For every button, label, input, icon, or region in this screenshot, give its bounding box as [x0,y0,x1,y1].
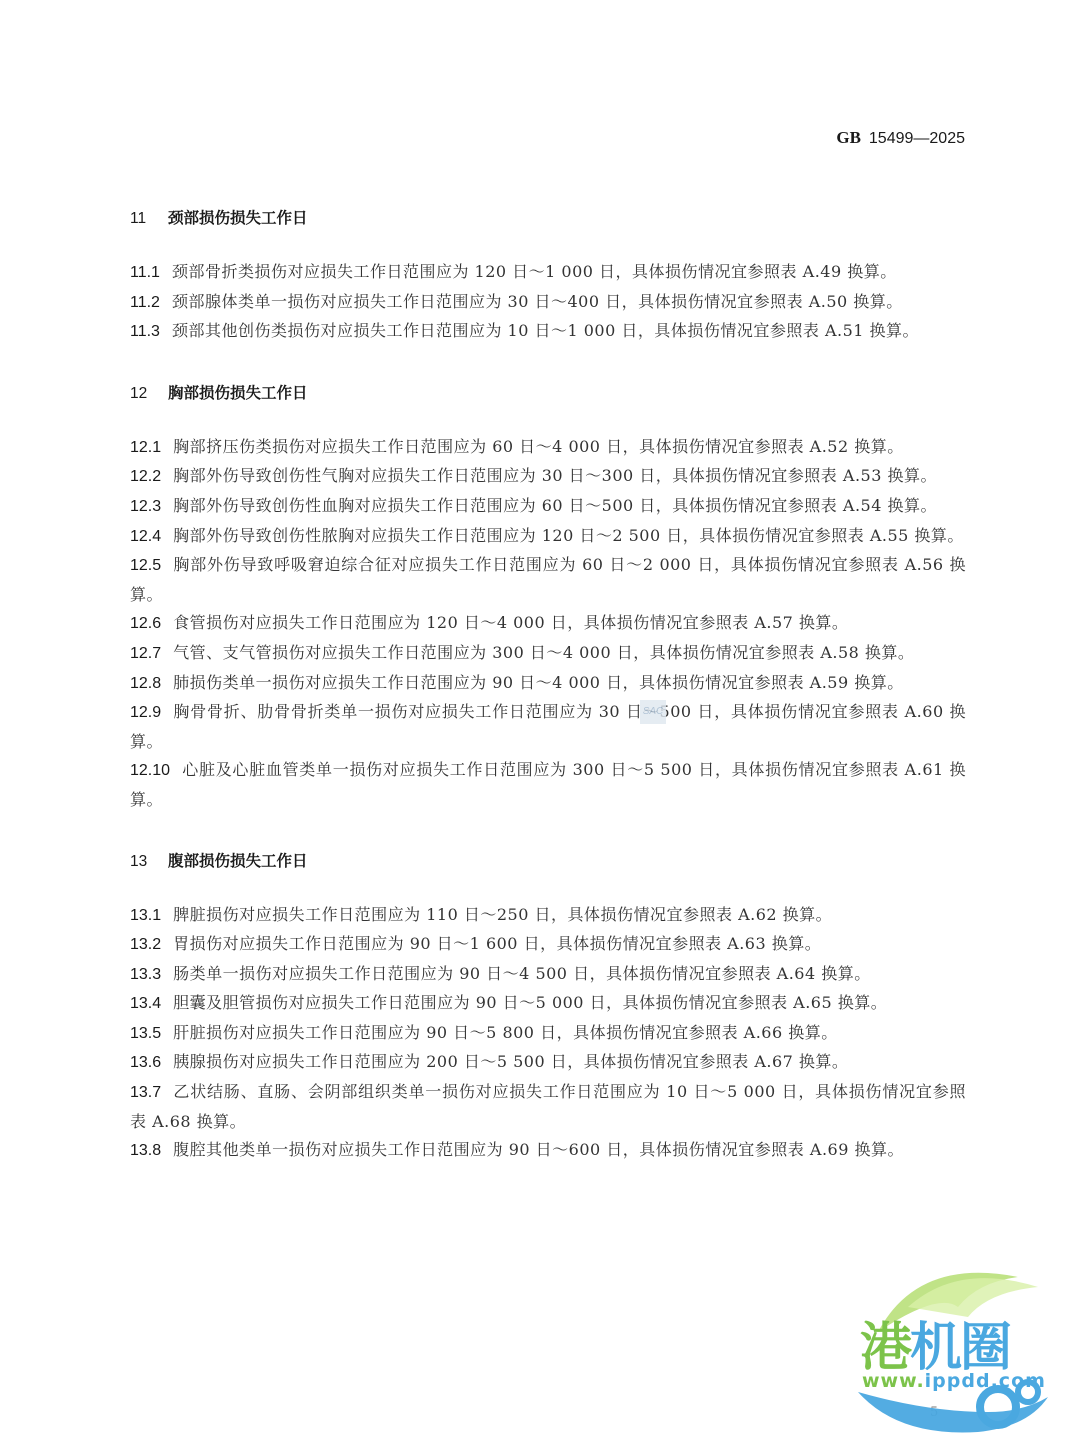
clause-number: 12.3 [130,493,161,522]
clause: 13.7乙状结肠、直肠、会阴部组织类单一损伤对应损失工作日范围应为 10 日～5… [130,1078,966,1136]
clause: 12.8肺损伤类单一损伤对应损失工作日范围应为 90 日～4 000 日，具体损… [130,669,966,699]
clause-number: 13.6 [130,1049,161,1078]
section-number: 12 [130,376,168,412]
clause-text: 胆囊及胆管损伤对应损失工作日范围应为 90 日～5 000 日，具体损伤情况宜参… [173,993,887,1012]
clause-text: 腹腔其他类单一损伤对应损失工作日范围应为 90 日～600 日，具体损伤情况宜参… [173,1140,904,1159]
section-title: 胸部损伤损失工作日 [168,384,308,402]
standard-code: GB15499—2025 [836,128,965,148]
clause: 12.1胸部挤压伤类损伤对应损失工作日范围应为 60 日～4 000 日，具体损… [130,433,966,463]
clause-text: 胸部挤压伤类损伤对应损失工作日范围应为 60 日～4 000 日，具体损伤情况宜… [173,437,904,456]
clause-text: 肺损伤类单一损伤对应损失工作日范围应为 90 日～4 000 日，具体损伤情况宜… [173,673,904,692]
clause-number: 13.5 [130,1020,161,1049]
clause-text: 胸部外伤导致创伤性血胸对应损失工作日范围应为 60 日～500 日，具体损伤情况… [173,496,937,515]
clause-text: 胰腺损伤对应损失工作日范围应为 200 日～5 500 日，具体损伤情况宜参照表… [173,1052,848,1071]
section-12: 12胸部损伤损失工作日 12.1胸部挤压伤类损伤对应损失工作日范围应为 60 日… [130,375,966,815]
clause-number: 13.4 [130,990,161,1019]
clause-text: 胃损伤对应损失工作日范围应为 90 日～1 600 日，具体损伤情况宜参照表 A… [173,934,821,953]
clause: 12.6食管损伤对应损失工作日范围应为 120 日～4 000 日，具体损伤情况… [130,609,966,639]
section-11: 11颈部损伤损失工作日 11.1颈部骨折类损伤对应损失工作日范围应为 120 日… [130,200,966,347]
clause-number: 12.8 [130,670,161,699]
clause-number: 11.3 [130,318,160,347]
clause: 13.4胆囊及胆管损伤对应损失工作日范围应为 90 日～5 000 日，具体损伤… [130,989,966,1019]
section-number: 11 [130,201,168,237]
clause-number: 13.1 [130,902,161,931]
clause: 13.1脾脏损伤对应损失工作日范围应为 110 日～250 日，具体损伤情况宜参… [130,901,966,931]
clause-text: 气管、支气管损伤对应损失工作日范围应为 300 日～4 000 日，具体损伤情况… [173,643,914,662]
clause-number: 13.8 [130,1137,161,1166]
clause-number: 13.7 [130,1079,161,1108]
clause-text: 胸部外伤导致呼吸窘迫综合征对应损失工作日范围应为 60 日～2 000 日，具体… [130,555,966,604]
clause: 12.2胸部外伤导致创伤性气胸对应损失工作日范围应为 30 日～300 日，具体… [130,462,966,492]
clause: 12.7气管、支气管损伤对应损失工作日范围应为 300 日～4 000 日，具体… [130,639,966,669]
clause-number: 11.1 [130,259,160,288]
clause-number: 12.6 [130,610,161,639]
clause: 12.3胸部外伤导致创伤性血胸对应损失工作日范围应为 60 日～500 日，具体… [130,492,966,522]
clause-text: 胸部外伤导致创伤性脓胸对应损失工作日范围应为 120 日～2 500 日，具体损… [173,526,964,545]
clause: 12.9胸骨骨折、肋骨骨折类单一损伤对应损失工作日范围应为 30 日～500 日… [130,698,966,756]
standard-number: 15499—2025 [869,130,965,147]
clause: 13.8腹腔其他类单一损伤对应损失工作日范围应为 90 日～600 日，具体损伤… [130,1136,966,1166]
logo-url: www.ippdd.com [862,1370,1046,1392]
clause: 12.5胸部外伤导致呼吸窘迫综合征对应损失工作日范围应为 60 日～2 000 … [130,551,966,609]
clause-number: 12.4 [130,523,161,552]
section-13: 13腹部损伤损失工作日 13.1脾脏损伤对应损失工作日范围应为 110 日～25… [130,843,966,1166]
clause-text: 胸骨骨折、肋骨骨折类单一损伤对应损失工作日范围应为 30 日～500 日，具体损… [130,702,966,751]
standard-prefix: GB [836,128,861,147]
clause: 12.10心脏及心脏血管类单一损伤对应损失工作日范围应为 300 日～5 500… [130,756,966,814]
clause-text: 胸部外伤导致创伤性气胸对应损失工作日范围应为 30 日～300 日，具体损伤情况… [173,466,937,485]
clause-text: 乙状结肠、直肠、会阴部组织类单一损伤对应损失工作日范围应为 10 日～5 000… [130,1082,966,1131]
section-heading: 11颈部损伤损失工作日 [130,200,966,236]
section-title: 腹部损伤损失工作日 [168,852,308,870]
clause-number: 12.9 [130,699,161,728]
clause-number: 13.3 [130,961,161,990]
clause-text: 颈部腺体类单一损伤对应损失工作日范围应为 30 日～400 日，具体损伤情况宜参… [172,292,903,311]
clause: 11.1颈部骨折类损伤对应损失工作日范围应为 120 日～1 000 日，具体损… [130,258,966,288]
clause-text: 脾脏损伤对应损失工作日范围应为 110 日～250 日，具体损伤情况宜参照表 A… [173,905,832,924]
section-title: 颈部损伤损失工作日 [168,209,308,227]
clause: 11.3颈部其他创伤类损伤对应损失工作日范围应为 10 日～1 000 日，具体… [130,317,966,347]
clause: 13.5肝脏损伤对应损失工作日范围应为 90 日～5 800 日，具体损伤情况宜… [130,1019,966,1049]
clause-text: 颈部骨折类损伤对应损失工作日范围应为 120 日～1 000 日，具体损伤情况宜… [172,262,897,281]
section-heading: 13腹部损伤损失工作日 [130,843,966,879]
clause-number: 12.1 [130,434,161,463]
clause: 12.4胸部外伤导致创伤性脓胸对应损失工作日范围应为 120 日～2 500 日… [130,522,966,552]
clause: 11.2颈部腺体类单一损伤对应损失工作日范围应为 30 日～400 日，具体损伤… [130,288,966,318]
clause-number: 12.10 [130,757,170,786]
clause: 13.3肠类单一损伤对应损失工作日范围应为 90 日～4 500 日，具体损伤情… [130,960,966,990]
clause: 13.6胰腺损伤对应损失工作日范围应为 200 日～5 500 日，具体损伤情况… [130,1048,966,1078]
clause-number: 13.2 [130,931,161,960]
clause-number: 12.2 [130,463,161,492]
document-body: 11颈部损伤损失工作日 11.1颈部骨折类损伤对应损失工作日范围应为 120 日… [130,200,966,1166]
clause-text: 心脏及心脏血管类单一损伤对应损失工作日范围应为 300 日～5 500 日，具体… [130,760,966,809]
clause-text: 食管损伤对应损失工作日范围应为 120 日～4 000 日，具体损伤情况宜参照表… [173,613,848,632]
clause-number: 12.5 [130,552,161,581]
section-number: 13 [130,844,168,880]
section-heading: 12胸部损伤损失工作日 [130,375,966,411]
clause-number: 12.7 [130,640,161,669]
clause-text: 肠类单一损伤对应损失工作日范围应为 90 日～4 500 日，具体损伤情况宜参照… [173,964,871,983]
clause-text: 颈部其他创伤类损伤对应损失工作日范围应为 10 日～1 000 日，具体损伤情况… [172,321,919,340]
clause: 13.2胃损伤对应损失工作日范围应为 90 日～1 600 日，具体损伤情况宜参… [130,930,966,960]
sac-watermark: SAC [640,700,666,724]
clause-text: 肝脏损伤对应损失工作日范围应为 90 日～5 800 日，具体损伤情况宜参照表 … [173,1023,838,1042]
clause-number: 11.2 [130,289,160,318]
logo-text: 港机圈 [860,1305,1010,1380]
